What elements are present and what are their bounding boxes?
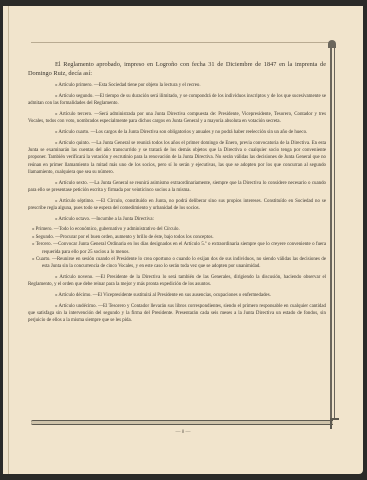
frame-right-rule-inner	[334, 46, 335, 419]
article-6: « Artículo sexto. —La Junta General se r…	[28, 180, 326, 195]
article-1: « Artículo primero. —Esta Sociedad tiene…	[28, 82, 326, 89]
subitem-2: « Segundo. —Procurar por el buen orden, …	[28, 234, 326, 241]
page-number: — 8 —	[3, 430, 363, 435]
article-3: « Artículo tercero. —Será administrada p…	[28, 111, 326, 126]
article-8: « Artículo octavo. —Incumbe a la Junta D…	[28, 216, 326, 223]
article-5: « Artículo quinto. —La Junta General se …	[28, 140, 326, 177]
document-body: El Reglamento aprobado, impreso en Logro…	[28, 60, 326, 328]
subitem-4: « Cuarto. —Reunirse en sesión cuando el …	[28, 256, 326, 271]
article-9: « Artículo noveno. —El Presidente de la …	[28, 274, 326, 289]
article-11: « Artículo undécimo. —El Tesorero y Cont…	[28, 303, 326, 325]
frame-right-rule	[330, 46, 332, 419]
article-10: « Artículo décimo. —El Vicepresidente su…	[28, 292, 326, 299]
intro-paragraph: El Reglamento aprobado, impreso en Logro…	[28, 60, 326, 78]
article-4: « Artículo cuarto. —Los cargos de la Jun…	[28, 129, 326, 136]
frame-bottom-rule	[31, 420, 333, 425]
frame-top-rule	[31, 42, 335, 43]
frame-bottom-corner	[330, 418, 339, 429]
article-7: « Artículo séptimo. —El Círculo, constit…	[28, 198, 326, 213]
document-page: El Reglamento aprobado, impreso en Logro…	[3, 6, 363, 474]
article-2: « Artículo segundo. —El tiempo de su dur…	[28, 93, 326, 108]
subitem-3: « Tercero. —Convocar Junta General Ordin…	[28, 241, 326, 256]
subitem-1: « Primero. —Todo lo económico, gubernati…	[28, 226, 326, 233]
page-spine-line	[8, 6, 9, 474]
